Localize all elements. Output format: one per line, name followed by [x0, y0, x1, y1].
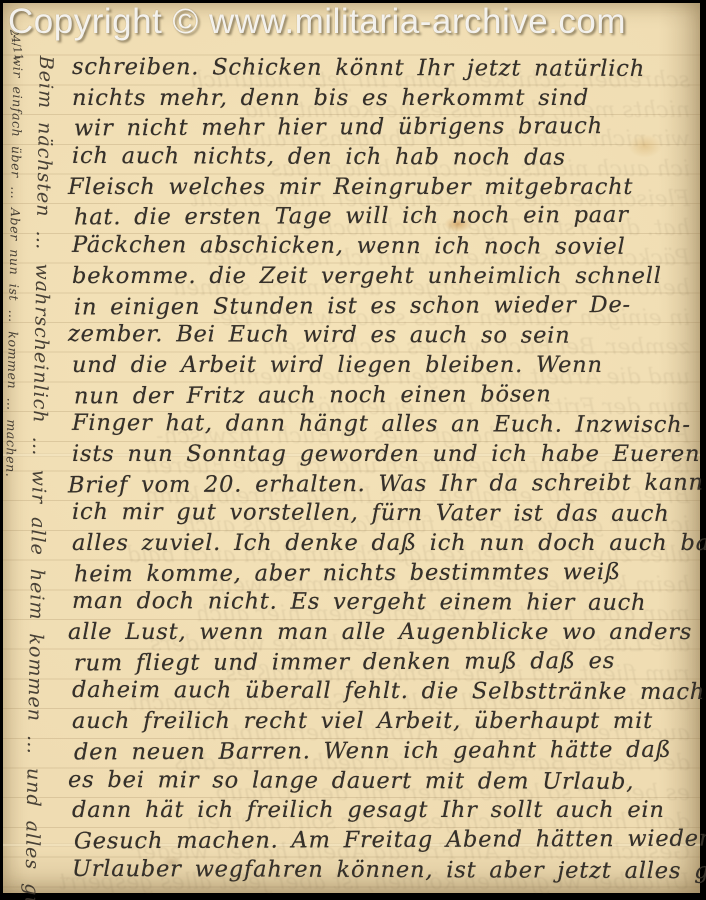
scanned-letter-page: schreiben. Schicken könnt Ihr jetzt natü…	[0, 0, 706, 900]
letter-line: Urlauber wegfahren können, ist aber jetz…	[72, 854, 700, 886]
letter-line: den neuen Barren. Wenn ich geahnt hätte …	[74, 735, 700, 767]
letter-line: heim komme, aber nichts bestimmtes weiß	[74, 557, 700, 589]
letter-line: ists nun Sonntag geworden und ich habe E…	[72, 440, 700, 470]
letter-line: es bei mir so lange dauert mit dem Urlau…	[68, 765, 700, 797]
letter-line: zember. Bei Euch wird es auch so sein	[68, 320, 700, 352]
letter-line: hat. die ersten Tage will ich noch ein p…	[74, 201, 700, 233]
letter-line: Finger hat, dann hängt alles an Euch. In…	[72, 409, 700, 441]
copyright-watermark: Copyright © www.militaria-archive.com	[8, 2, 706, 42]
letter-line: dann hät ich freilich gesagt Ihr sollt a…	[72, 796, 700, 826]
letter-line: ich auch nichts, den ich hab noch das	[72, 142, 700, 174]
letter-line: Brief vom 20. erhalten. Was Ihr da schre…	[68, 468, 700, 500]
letter-line: alle Lust, wenn man alle Augenblicke wo …	[68, 618, 700, 648]
letter-line: schreiben. Schicken könnt Ihr jetzt natü…	[72, 53, 700, 85]
letter-line: daheim auch überall fehlt. die Selbstträ…	[72, 676, 700, 708]
letter-line: ich mir gut vorstellen, fürn Vater ist d…	[72, 498, 700, 530]
letter-line: man doch nicht. Es vergeht einem hier au…	[72, 587, 700, 619]
letter-line: bekomme. die Zeit vergeht unheimlich sch…	[72, 262, 700, 292]
letter-line: auch freilich recht viel Arbeit, überhau…	[72, 707, 700, 737]
letter-line: in einigen Stunden ist es schon wieder D…	[74, 290, 700, 322]
letter-line: alles zuviel. Ich denke daß ich nun doch…	[72, 529, 700, 559]
letter-line: nichts mehr, denn bis es herkommt sind	[72, 84, 700, 114]
letter-line: Päckchen abschicken, wenn ich noch sovie…	[72, 231, 700, 263]
letter-line: Gesuch machen. Am Freitag Abend hätten w…	[74, 825, 700, 857]
letter-line: wir nicht mehr hier und übrigens brauch	[74, 112, 700, 144]
letter-line: Fleisch welches mir Reingruber mitgebrac…	[68, 173, 700, 203]
letter-line: nun der Fritz auch noch einen bösen	[74, 379, 700, 411]
letter-line: rum fliegt und immer denken muß daß es	[74, 646, 700, 678]
letter-body-text: schreiben. Schicken könnt Ihr jetzt natü…	[72, 54, 700, 885]
letter-line: und die Arbeit wird liegen bleiben. Wenn	[72, 351, 700, 381]
